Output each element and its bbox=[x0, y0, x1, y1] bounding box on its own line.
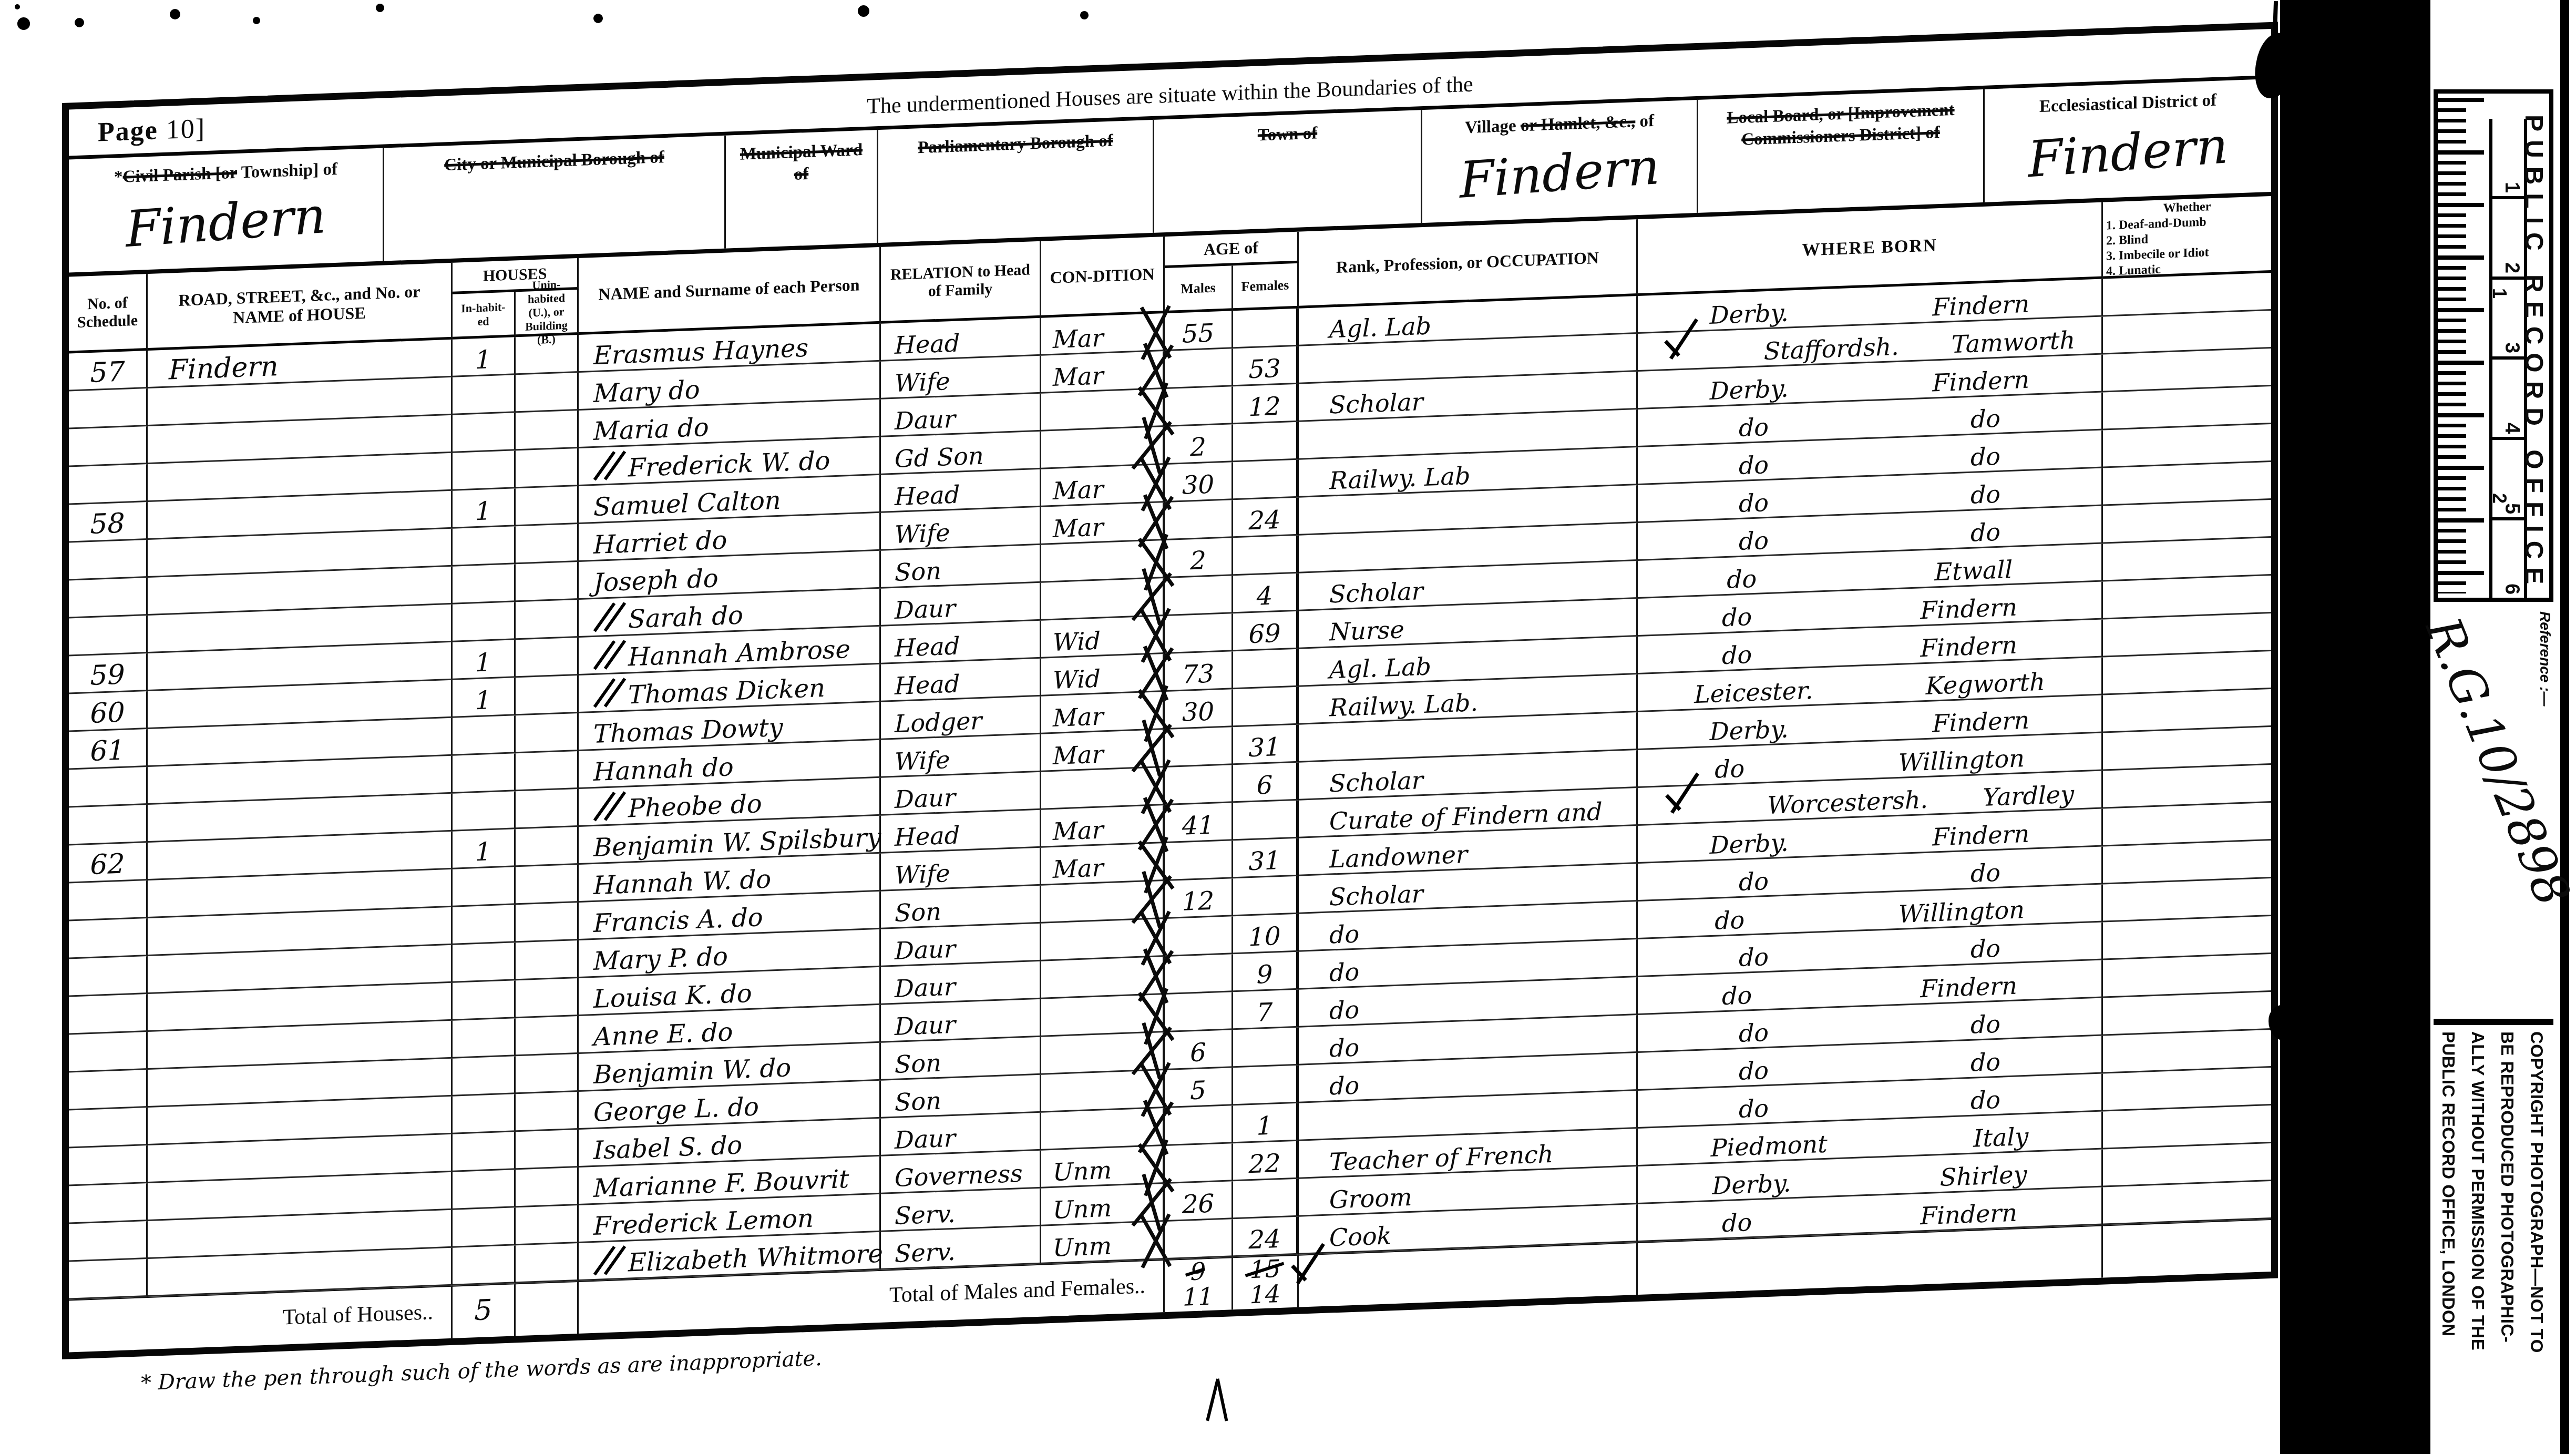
schedule-cell bbox=[69, 616, 148, 657]
col-header-schedule: No. of Schedule bbox=[69, 274, 148, 354]
geo-box-local-board: Local Board, or [Improvement Commissione… bbox=[1698, 89, 1985, 213]
occupation-cell-text: Scholar bbox=[1329, 882, 1423, 909]
page-word: Page bbox=[98, 115, 158, 147]
geo-box-town: Town of bbox=[1154, 110, 1422, 233]
whereborn-text: Piedmont bbox=[1711, 1132, 1828, 1160]
geo-label: City or Municipal Borough of bbox=[384, 144, 724, 179]
relation-cell-text: Head bbox=[895, 671, 960, 698]
relation-cell-text: Son bbox=[895, 899, 941, 925]
disability-cell bbox=[2103, 273, 2271, 317]
page-number: 10] bbox=[166, 114, 206, 145]
whereborn-text: do bbox=[1739, 945, 1769, 970]
age-female-cell-text: 7 bbox=[1257, 1000, 1273, 1026]
relation-cell-text: Head bbox=[895, 633, 960, 660]
reference-box: Reference :— R.G.10/2898 bbox=[2434, 602, 2553, 1025]
schedule-cell bbox=[69, 1032, 148, 1073]
inhabited-cell bbox=[453, 753, 516, 793]
age-male-cell: 30 bbox=[1165, 462, 1233, 503]
inhabited-cell: 1 bbox=[453, 488, 516, 528]
ink-blob bbox=[2281, 564, 2304, 596]
condition-cell: Wid bbox=[1041, 654, 1165, 697]
age-male-cell: 41 bbox=[1165, 803, 1233, 843]
condition-cell bbox=[1041, 427, 1165, 469]
schedule-cell: 59 bbox=[69, 653, 148, 694]
age-male-cell-text: 5 bbox=[1190, 1078, 1206, 1103]
relation-cell: Head bbox=[881, 469, 1041, 513]
whereborn-text: do bbox=[1722, 983, 1752, 1008]
check-mark bbox=[1665, 788, 1712, 821]
disability-cell bbox=[2103, 576, 2271, 620]
occupation-cell-text: Teacher of French bbox=[1329, 1142, 1553, 1174]
uninhabited-cell bbox=[516, 978, 579, 1018]
col-header-males: Males bbox=[1165, 265, 1233, 313]
condition-cell bbox=[1041, 1108, 1165, 1151]
disability-cell bbox=[2103, 689, 2271, 733]
condition-cell-text: Mar bbox=[1053, 477, 1104, 503]
disability-cell bbox=[2103, 424, 2271, 468]
total-females-struck: 15 bbox=[1250, 1256, 1281, 1282]
whereborn-text: do bbox=[1971, 1050, 2000, 1075]
age-male-cell bbox=[1165, 916, 1233, 957]
age-female-cell bbox=[1233, 687, 1299, 728]
household-separator-mark bbox=[593, 675, 628, 709]
col-header-condition: CON-DITION bbox=[1041, 237, 1165, 318]
age-female-cell: 6 bbox=[1233, 763, 1299, 803]
inhabited-cell bbox=[453, 980, 516, 1020]
check-mark bbox=[1664, 334, 1711, 367]
inhabited-cell bbox=[453, 1094, 516, 1134]
name-cell-text: Erasmus Haynes bbox=[593, 335, 808, 368]
disability-cell bbox=[2103, 500, 2271, 544]
whereborn-text: do bbox=[1971, 936, 2000, 961]
uninhabited-cell bbox=[516, 751, 579, 791]
age-female-cell-text: 31 bbox=[1248, 734, 1280, 761]
inhabited-cell bbox=[453, 1018, 516, 1058]
uninhabited-cell bbox=[516, 373, 579, 413]
relation-cell-text: Daur bbox=[895, 1012, 956, 1039]
relation-cell-text: Wife bbox=[895, 748, 950, 774]
whereborn-text: do bbox=[1727, 567, 1757, 592]
whereborn-text: Leicester. bbox=[1694, 678, 1813, 706]
whereborn-text: do bbox=[1971, 861, 2000, 886]
condition-cell bbox=[1041, 995, 1165, 1037]
age-female-cell-text: 22 bbox=[1248, 1151, 1280, 1177]
whereborn-text: do bbox=[1739, 415, 1769, 440]
whereborn-text: do bbox=[1722, 1210, 1752, 1235]
age-male-cell bbox=[1165, 1105, 1233, 1146]
relation-cell: Daur bbox=[881, 394, 1041, 437]
inhabited-cell bbox=[453, 791, 516, 831]
whereborn-text: do bbox=[1722, 642, 1752, 668]
geo-value-handwritten bbox=[384, 174, 724, 198]
whereborn-text: do bbox=[1971, 406, 2000, 432]
relation-cell-text: Wife bbox=[895, 520, 950, 547]
age-male-cell bbox=[1165, 613, 1233, 654]
disability-cell bbox=[2103, 841, 2271, 885]
relation-cell: Wife bbox=[881, 356, 1041, 400]
relation-cell: Serv. bbox=[881, 1189, 1041, 1232]
col-header-road: ROAD, STREET, &c., and No. or NAME of HO… bbox=[148, 263, 453, 351]
uninhabited-cell bbox=[516, 827, 579, 867]
uninhabited-cell bbox=[516, 562, 579, 602]
condition-cell-text: Mar bbox=[1053, 515, 1104, 541]
disability-cell bbox=[2103, 1068, 2271, 1112]
whereborn-text: Findern bbox=[1920, 595, 2017, 623]
uninhabited-cell bbox=[516, 1054, 579, 1094]
disability-cell bbox=[2103, 386, 2271, 431]
relation-cell: Wife bbox=[881, 734, 1041, 778]
name-cell-text: Sarah do bbox=[628, 602, 743, 632]
whereborn-text: do bbox=[1971, 520, 2000, 545]
age-female-cell-text: 4 bbox=[1257, 583, 1273, 609]
condition-cell: Mar bbox=[1041, 843, 1165, 886]
relation-cell-text: Daur bbox=[895, 975, 956, 1001]
relation-cell-text: Serv. bbox=[895, 1202, 956, 1228]
whereborn-text: Tamworth bbox=[1952, 328, 2075, 357]
age-female-cell: 1 bbox=[1233, 1103, 1299, 1144]
name-cell-text: Marianne F. Bouvrit bbox=[593, 1166, 849, 1201]
whereborn-text: Findern bbox=[1920, 633, 2017, 661]
relation-cell-text: Daur bbox=[895, 1126, 956, 1152]
age-female-cell bbox=[1233, 460, 1299, 500]
condition-cell bbox=[1041, 540, 1165, 583]
age-male-cell-text: 30 bbox=[1182, 699, 1214, 725]
condition-cell: Mar bbox=[1041, 730, 1165, 772]
disability-cell bbox=[2103, 916, 2271, 960]
condition-cell: Mar bbox=[1041, 692, 1165, 734]
inhabited-cell bbox=[453, 867, 516, 907]
uninhabited-cell bbox=[516, 789, 579, 829]
name-cell-text: Pheobe do bbox=[628, 791, 762, 821]
name-cell-text: Samuel Calton bbox=[593, 488, 781, 520]
schedule-cell bbox=[69, 994, 148, 1035]
age-male-cell-text: 2 bbox=[1190, 548, 1206, 574]
census-scan: Page 10] The undermentioned Houses are s… bbox=[62, 22, 2278, 1398]
col-header-occupation: Rank, Profession, or OCCUPATION bbox=[1299, 219, 1638, 309]
age-female-cell bbox=[1233, 801, 1299, 841]
condition-cell: Mar bbox=[1041, 503, 1165, 545]
pro-office-title: PUBLIC RECORD OFFICE bbox=[2519, 115, 2548, 592]
whereborn-text: Derby. bbox=[1710, 301, 1789, 328]
total-houses-value: 5 bbox=[453, 1283, 516, 1338]
schedule-cell bbox=[69, 426, 148, 467]
age-male-cell bbox=[1165, 765, 1233, 805]
disability-cell bbox=[2103, 765, 2271, 809]
relation-cell: Daur bbox=[881, 961, 1041, 1005]
age-female-cell: 10 bbox=[1233, 914, 1299, 955]
uninhabited-cell bbox=[516, 1205, 579, 1245]
relation-cell: Head bbox=[881, 659, 1041, 702]
whereborn-text: Derby. bbox=[1710, 376, 1789, 404]
occupation-cell-text: do bbox=[1329, 1073, 1359, 1098]
disability-cell bbox=[2103, 803, 2271, 847]
disability-cell bbox=[2103, 462, 2271, 506]
schedule-cell: 60 bbox=[69, 691, 148, 732]
age-male-cell-text: 30 bbox=[1182, 472, 1214, 498]
relation-cell-text: Wife bbox=[895, 861, 950, 887]
condition-cell: Mar bbox=[1041, 805, 1165, 848]
occupation-cell-text: Agl. Lab bbox=[1329, 654, 1431, 682]
condition-cell: Unm bbox=[1041, 1184, 1165, 1226]
col-header-females: Females bbox=[1233, 263, 1299, 311]
inhabited-cell bbox=[453, 1056, 516, 1096]
schedule-cell bbox=[69, 805, 148, 846]
relation-cell: Governess bbox=[881, 1151, 1041, 1194]
whereborn-text: Yardley bbox=[1983, 782, 2074, 810]
uninhabited-cell bbox=[516, 638, 579, 678]
inhabited-cell bbox=[453, 1245, 516, 1285]
whereborn-text: do bbox=[1715, 756, 1744, 782]
schedule-cell bbox=[69, 956, 148, 997]
household-separator-mark bbox=[593, 789, 628, 823]
geo-value-handwritten bbox=[878, 159, 1153, 179]
age-female-cell: 7 bbox=[1233, 990, 1299, 1030]
condition-cell bbox=[1041, 957, 1165, 999]
age-female-cell-text: 6 bbox=[1257, 773, 1273, 798]
whereborn-text: Findern bbox=[1933, 708, 2030, 736]
age-female-cell bbox=[1233, 309, 1299, 349]
relation-cell-text: Governess bbox=[895, 1161, 1023, 1190]
schedule-cell bbox=[69, 1221, 148, 1262]
uninhabited-cell bbox=[516, 524, 579, 564]
age-female-cell-text: 10 bbox=[1248, 924, 1280, 950]
schedule-cell bbox=[69, 1070, 148, 1111]
name-cell-text: Mary P. do bbox=[593, 944, 728, 974]
col-header-age-group: AGE of bbox=[1165, 232, 1299, 268]
relation-cell: Head bbox=[881, 621, 1041, 664]
inhabited-cell bbox=[453, 715, 516, 755]
occupation-cell-text: Railwy. Lab bbox=[1329, 464, 1470, 493]
uninhabited-cell bbox=[516, 903, 579, 943]
name-cell-text: George L. do bbox=[593, 1094, 759, 1125]
geo-value-handwritten bbox=[1154, 149, 1421, 168]
pro-reference-card: 1 2 123456 PUBLIC RECORD OFFICE Referenc… bbox=[2430, 0, 2569, 1454]
age-female-cell bbox=[1233, 1179, 1299, 1220]
geo-box-city-borough: City or Municipal Borough of bbox=[384, 136, 726, 261]
inhabited-cell bbox=[453, 1207, 516, 1247]
schedule-cell bbox=[69, 1183, 148, 1224]
age-female-cell: 31 bbox=[1233, 725, 1299, 765]
copyright-line: PUBLIC RECORD OFFICE, LONDON bbox=[2434, 1031, 2463, 1452]
geo-value-handwritten: Findern bbox=[1984, 118, 2272, 188]
schedule-cell bbox=[69, 880, 148, 921]
schedule-cell-text: 59 bbox=[90, 661, 125, 690]
relation-cell: Daur bbox=[881, 583, 1041, 627]
condition-cell: Unm bbox=[1041, 1146, 1165, 1189]
uninhabited-cell bbox=[516, 1243, 579, 1283]
relation-cell-text: Lodger bbox=[895, 709, 982, 736]
age-male-cell bbox=[1165, 727, 1233, 767]
total-females-corrected: 14 bbox=[1250, 1282, 1281, 1307]
age-female-cell-text: 69 bbox=[1248, 621, 1280, 647]
uninhabited-cell bbox=[516, 1168, 579, 1207]
total-males-corrected: 11 bbox=[1183, 1284, 1214, 1309]
age-female-cell-text: 53 bbox=[1248, 356, 1280, 382]
inhabited-cell-text: 1 bbox=[475, 347, 491, 373]
age-male-cell bbox=[1165, 992, 1233, 1032]
whereborn-text: Findern bbox=[1933, 822, 2030, 849]
name-cell-text: Joseph do bbox=[593, 566, 719, 596]
schedule-cell-text: 58 bbox=[90, 510, 125, 538]
household-separator-mark bbox=[593, 1243, 628, 1277]
age-female-cell bbox=[1233, 422, 1299, 463]
age-female-cell-text: 31 bbox=[1248, 848, 1280, 874]
whereborn-text: do bbox=[1739, 869, 1769, 894]
condition-cell-text: Unm bbox=[1053, 1158, 1112, 1184]
inhabited-cell: 1 bbox=[453, 337, 516, 377]
uninhabited-cell bbox=[516, 940, 579, 980]
scan-specks bbox=[15, 4, 20, 9]
geo-value-handwritten: Findern bbox=[1422, 139, 1698, 209]
relation-cell-text: Daur bbox=[895, 937, 956, 963]
relation-cell: Wife bbox=[881, 848, 1041, 892]
whereborn-text: do bbox=[1971, 444, 2000, 469]
col-header-disabilities: Whether 1. Deaf-and-Dumb 2. Blind 3. Imb… bbox=[2103, 196, 2271, 279]
occupation-cell-text: Agl. Lab bbox=[1329, 313, 1431, 341]
relation-cell: Son bbox=[881, 886, 1041, 929]
condition-cell bbox=[1041, 1070, 1165, 1113]
age-female-cell bbox=[1233, 1066, 1299, 1106]
copyright-line: ALLY WITHOUT PERMISSION OF THE bbox=[2463, 1031, 2492, 1452]
page-label: Page 10] bbox=[98, 113, 206, 148]
relation-cell: Daur bbox=[881, 924, 1041, 967]
relation-cell-text: Head bbox=[895, 482, 960, 509]
geo-label: Parliamentary Borough of bbox=[878, 128, 1153, 160]
disability-cell bbox=[2103, 727, 2271, 771]
household-separator-mark bbox=[593, 638, 628, 671]
inhabited-cell bbox=[453, 1132, 516, 1172]
whereborn-text: Willington bbox=[1898, 746, 2025, 775]
inhabited-cell bbox=[453, 526, 516, 566]
uninhabited-cell bbox=[516, 865, 579, 905]
relation-cell: Son bbox=[881, 1037, 1041, 1081]
schedule-cell bbox=[69, 1108, 148, 1149]
age-female-cell: 24 bbox=[1233, 498, 1299, 538]
condition-cell-text: Mar bbox=[1053, 855, 1104, 882]
inhabited-cell bbox=[453, 564, 516, 604]
copyright-line: BE REPRODUCED PHOTOGRAPHIC- bbox=[2492, 1031, 2522, 1452]
condition-cell bbox=[1041, 881, 1165, 924]
whereborn-text: Staffordsh. bbox=[1764, 334, 1899, 363]
inhabited-cell bbox=[453, 1170, 516, 1210]
occupation-cell-text: Cook bbox=[1329, 1223, 1391, 1250]
geo-label: Local Board, or [Improvement Commissione… bbox=[1698, 98, 1983, 152]
age-male-cell bbox=[1165, 500, 1233, 540]
inhabited-cell-text: 1 bbox=[475, 839, 491, 865]
relation-cell-text: Son bbox=[895, 1089, 941, 1114]
whereborn-text: do bbox=[1739, 1020, 1769, 1046]
total-spacer bbox=[516, 1281, 579, 1336]
name-cell-text: Frederick Lemon bbox=[593, 1206, 814, 1239]
relation-cell-text: Daur bbox=[895, 596, 956, 622]
geo-label: Municipal Ward of bbox=[726, 138, 877, 188]
age-female-cell: 4 bbox=[1233, 574, 1299, 614]
relation-cell-text: Son bbox=[895, 559, 941, 585]
disability-cell bbox=[2103, 651, 2271, 695]
geo-label: Ecclesiastical District of bbox=[1985, 87, 2271, 120]
disability-cell bbox=[2103, 878, 2271, 923]
household-separator-mark bbox=[593, 600, 628, 633]
uninhabited-cell bbox=[516, 713, 579, 753]
geo-box-village: Village or Hamlet, &c., of Findern bbox=[1422, 100, 1698, 223]
inhabited-cell bbox=[453, 602, 516, 642]
occupation-cell-text: do bbox=[1329, 921, 1359, 947]
name-cell-text: Frederick W. do bbox=[628, 448, 830, 480]
condition-cell: Wid bbox=[1041, 616, 1165, 659]
name-cell-text: Thomas Dowty bbox=[593, 715, 783, 747]
whereborn-text: Derby. bbox=[1710, 831, 1789, 858]
condition-cell bbox=[1041, 919, 1165, 961]
geo-box-civil-parish: *Civil Parish [or Township] of Findern bbox=[69, 148, 384, 273]
film-strip bbox=[2280, 0, 2430, 1454]
age-male-cell bbox=[1165, 1219, 1233, 1260]
col-header-uninhabited: Unin-habited (U.), or Building (B.) bbox=[516, 290, 579, 337]
inhabited-cell-text: 1 bbox=[475, 688, 491, 713]
age-male-cell-text: 55 bbox=[1182, 321, 1214, 347]
whereborn-text: do bbox=[1739, 528, 1769, 554]
geo-label: Town of bbox=[1154, 118, 1421, 150]
uninhabited-cell bbox=[516, 675, 579, 715]
inhabited-cell: 1 bbox=[453, 640, 516, 680]
age-male-cell bbox=[1165, 841, 1233, 881]
schedule-cell bbox=[69, 1259, 148, 1300]
reference-label: Reference :— bbox=[2537, 611, 2553, 706]
age-male-cell bbox=[1165, 349, 1233, 389]
age-male-cell-text: 73 bbox=[1182, 661, 1214, 688]
age-male-cell: 2 bbox=[1165, 424, 1233, 465]
condition-cell bbox=[1041, 1032, 1165, 1075]
whereborn-text: Findern bbox=[1933, 367, 2030, 395]
age-female-cell: 9 bbox=[1233, 952, 1299, 992]
whereborn-text: do bbox=[1739, 490, 1769, 516]
name-cell-text: Harriet do bbox=[593, 528, 727, 558]
age-female-cell: 31 bbox=[1233, 838, 1299, 879]
relation-cell: Daur bbox=[881, 999, 1041, 1043]
disability-cell bbox=[2103, 1143, 2271, 1187]
ruler-major-ticks bbox=[2438, 98, 2484, 593]
age-female-cell-text: 24 bbox=[1248, 507, 1280, 534]
condition-cell-text: Mar bbox=[1053, 704, 1104, 730]
whereborn-text: do bbox=[1971, 1012, 2000, 1037]
age-male-cell-text: 6 bbox=[1190, 1040, 1206, 1066]
occupation-cell-text: Scholar bbox=[1329, 579, 1423, 607]
schedule-cell-text: 61 bbox=[90, 737, 125, 765]
disability-cell bbox=[2103, 349, 2271, 393]
inhabited-cell: 1 bbox=[453, 829, 516, 869]
uninhabited-cell bbox=[516, 335, 579, 375]
census-table: No. of Schedule ROAD, STREET, &c., and N… bbox=[69, 192, 2271, 1353]
schedule-cell-text: 60 bbox=[90, 699, 125, 728]
uninhabited-cell bbox=[516, 1092, 579, 1132]
uninhabited-cell bbox=[516, 600, 579, 640]
condition-cell bbox=[1041, 578, 1165, 621]
schedule-cell bbox=[69, 767, 148, 808]
relation-cell-text: Head bbox=[895, 331, 960, 357]
household-separator-mark bbox=[593, 448, 628, 482]
whereborn-text: do bbox=[1715, 908, 1744, 933]
age-male-cell-text: 12 bbox=[1182, 888, 1214, 915]
name-cell-text: Louisa K. do bbox=[593, 981, 752, 1012]
age-male-cell bbox=[1165, 954, 1233, 995]
relation-cell-text: Son bbox=[895, 1051, 941, 1077]
uninhabited-cell bbox=[516, 1016, 579, 1056]
geo-box-municipal-ward: Municipal Ward of bbox=[726, 130, 878, 249]
geo-box-parliamentary-borough: Parliamentary Borough of bbox=[878, 120, 1154, 243]
geo-value-handwritten: Findern bbox=[68, 187, 384, 259]
age-male-cell: 5 bbox=[1165, 1068, 1233, 1108]
inhabited-cell-text: 1 bbox=[475, 498, 491, 524]
relation-cell: Head bbox=[881, 318, 1041, 362]
